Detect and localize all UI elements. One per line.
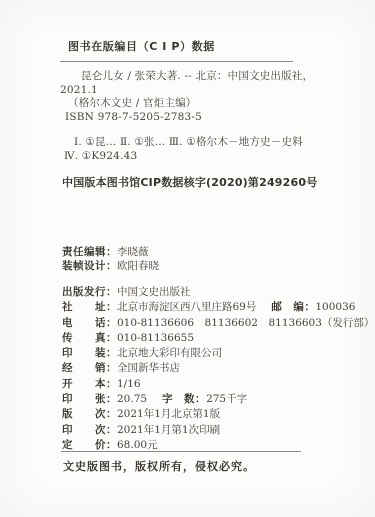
publication-row-label: 开 本： xyxy=(62,378,117,390)
staff-row: 装帧设计：欧阳春晓 xyxy=(62,259,159,273)
publication-row-label: 印 张： xyxy=(62,393,117,405)
staff-row: 责任编辑：李晓薇 xyxy=(62,245,159,259)
publication-row-value: 010-81136655 xyxy=(117,332,194,344)
publication-row-value: 中国文史出版社 xyxy=(117,286,191,298)
cip-line-year: 2021.1 xyxy=(60,84,360,98)
publication-row-value-2: 100036 xyxy=(315,301,355,313)
publication-info-block: 出版发行：中国文史出版社社 址：北京市海淀区西八里庄路69号邮 编：100036… xyxy=(62,285,374,453)
publication-row-value-2: 275千字 xyxy=(206,393,247,405)
publication-row: 开 本：1/16 xyxy=(62,377,374,392)
publication-row-value: 2021年1月北京第1版 xyxy=(117,408,220,420)
publication-row-value: 010-81136606 81136602 81136603（发行部） xyxy=(117,317,374,329)
publication-row-label: 印 次： xyxy=(62,424,117,436)
publication-row-label: 社 址： xyxy=(62,301,117,313)
publication-row-value: 20.75 xyxy=(117,393,147,405)
publication-row-value: 北京地大彩印有限公司 xyxy=(117,347,222,359)
publication-row-label-2: 字 数： xyxy=(162,393,206,405)
publication-row-value: 全国新华书店 xyxy=(117,362,180,374)
staff-row-label: 责任编辑： xyxy=(62,246,117,258)
cip-line-title-author: 昆仑儿女 / 张荣大著. -- 北京：中国文史出版社， xyxy=(60,70,360,84)
copyright-page: 图书在版编目（C I P）数据 昆仑儿女 / 张荣大著. -- 北京：中国文史出… xyxy=(0,0,375,517)
publication-row: 印 装：北京地大彩印有限公司 xyxy=(62,346,374,361)
staff-row-label: 装帧设计： xyxy=(62,260,117,272)
publication-row-label: 印 装： xyxy=(62,347,117,359)
publication-row-label: 定 价： xyxy=(62,439,117,451)
publication-row-value: 1/16 xyxy=(117,378,141,390)
publication-row-label: 电 话： xyxy=(62,317,117,329)
staff-row-value: 李晓薇 xyxy=(117,246,149,258)
copyright-notice: 文史版图书，版权所有，侵权必究。 xyxy=(63,458,255,474)
publication-row: 电 话：010-81136606 81136602 81136603（发行部） xyxy=(62,316,374,331)
publication-row-label: 出版发行： xyxy=(62,286,117,298)
cip-data-block: 昆仑儿女 / 张荣大著. -- 北京：中国文史出版社， 2021.1 （格尔木文… xyxy=(60,70,360,190)
cip-record-number: 中国版本图书馆CIP数据核字(2020)第249260号 xyxy=(60,176,360,190)
publication-row-label: 经 销： xyxy=(62,362,117,374)
publication-row-label: 传 真： xyxy=(62,332,117,344)
publication-row-label: 版 次： xyxy=(62,408,117,420)
publication-row: 传 真：010-81136655 xyxy=(62,331,374,346)
publication-row-value: 68.00元 xyxy=(117,439,158,451)
staff-block: 责任编辑：李晓薇装帧设计：欧阳春晓 xyxy=(62,245,159,273)
publication-row: 印 次：2021年1月第1次印刷 xyxy=(62,423,374,438)
cip-line-series: （格尔木文史 / 官炬主编） xyxy=(60,97,360,111)
divider-bottom xyxy=(61,451,301,452)
publication-row: 版 次：2021年1月北京第1版 xyxy=(62,407,374,422)
publication-row: 经 销：全国新华书店 xyxy=(62,361,374,376)
publication-row-label-2: 邮 编： xyxy=(271,301,315,313)
publication-row: 出版发行：中国文史出版社 xyxy=(62,285,374,300)
staff-row-value: 欧阳春晓 xyxy=(117,260,159,272)
publication-row-value: 2021年1月第1次印刷 xyxy=(117,424,220,436)
publication-row-value: 北京市海淀区西八里庄路69号 xyxy=(117,301,256,313)
cip-heading: 图书在版编目（C I P）数据 xyxy=(68,38,215,54)
publication-row: 印 张：20.75字 数：275千字 xyxy=(62,392,374,407)
divider-top xyxy=(60,61,293,62)
cip-line-classification-2: Ⅳ. ①K924.43 xyxy=(60,150,360,164)
publication-row: 社 址：北京市海淀区西八里庄路69号邮 编：100036 xyxy=(62,300,374,315)
cip-line-classification-1: Ⅰ. ①昆… Ⅱ. ①张… Ⅲ. ①格尔木－地方史－史料 xyxy=(60,136,360,150)
cip-line-isbn: ISBN 978-7-5205-2783-5 xyxy=(60,111,360,125)
